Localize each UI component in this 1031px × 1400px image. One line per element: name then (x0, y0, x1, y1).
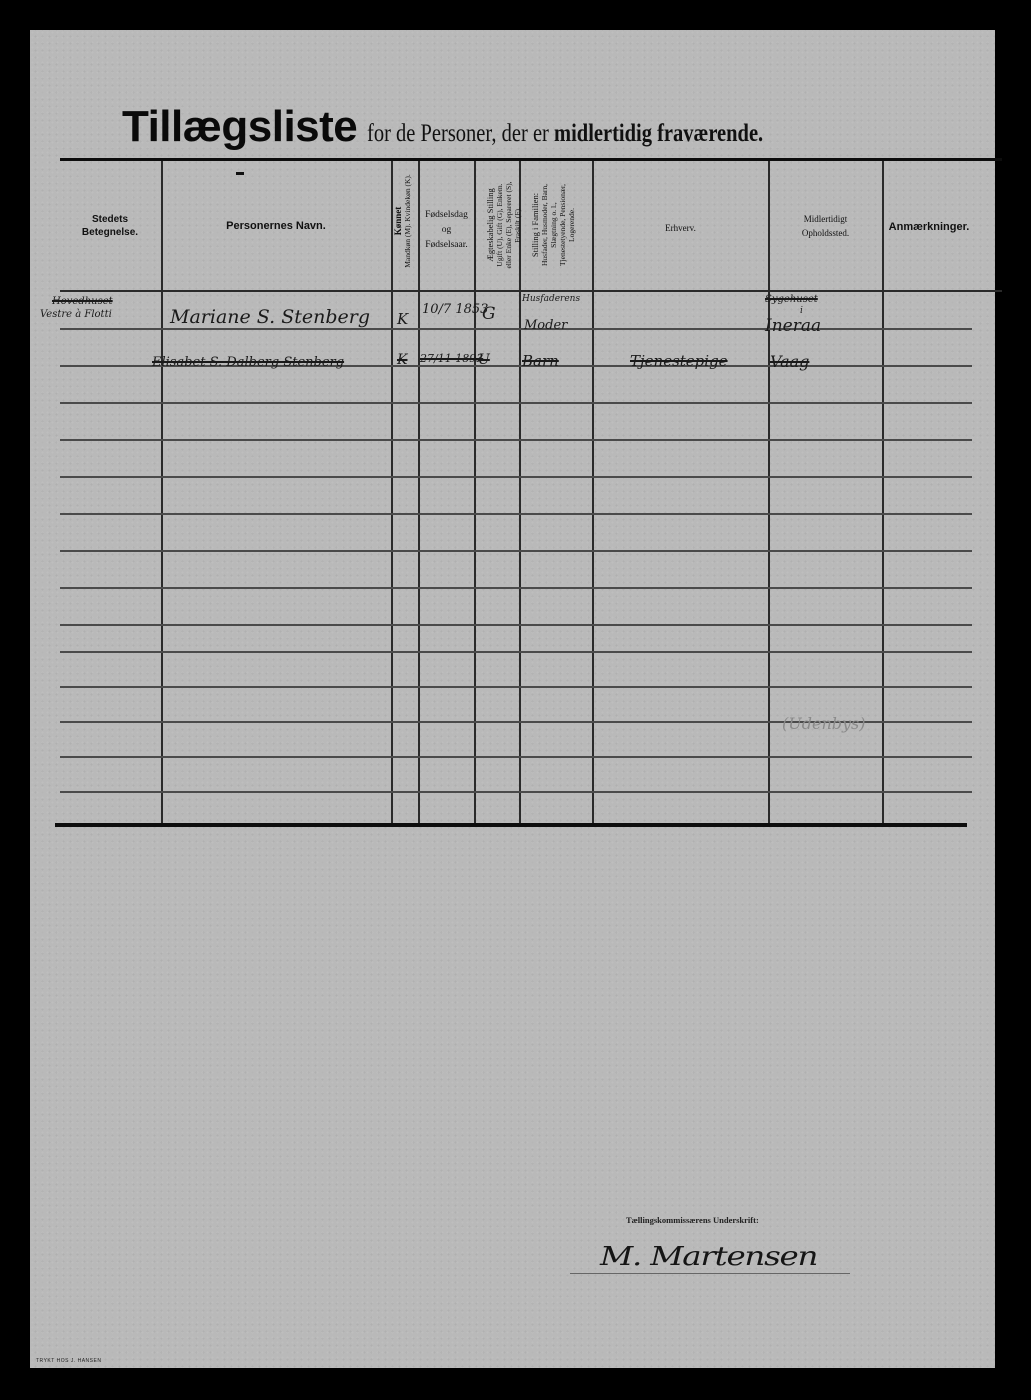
row-line (60, 651, 972, 653)
row2-marital: U (478, 352, 490, 368)
top-rule (60, 158, 1002, 161)
page-title: Tillægslistefor de Personer, der er midl… (122, 102, 850, 152)
row-line (60, 686, 972, 688)
row1-name: Mariane S. Stenberg (170, 306, 370, 328)
row1-stedets-line2: Vestre à Flotti (40, 309, 112, 320)
title-main: Tillægsliste (122, 102, 357, 151)
row1-location-line3: Ineraa (765, 316, 821, 336)
row-line (60, 402, 972, 404)
header-stilling: Stilling i Familien: Husfader, Husmoder,… (531, 166, 581, 284)
row1-location-line1: Sygehuset (765, 294, 818, 305)
row1-stedets-line1: Hovedhuset (52, 296, 113, 307)
signature-label: Tællingskommissærens Underskrift: (626, 1215, 759, 1225)
signature: M. Martensen (600, 1242, 817, 1272)
title-subtitle: for de Personer, der er midlertidig frav… (367, 120, 763, 148)
row-line (60, 328, 972, 330)
printer-mark: TRYKT HOS J. HANSEN (36, 1358, 101, 1364)
col-divider (391, 161, 393, 825)
row-line (60, 756, 972, 758)
row1-position-line2: Moder (524, 318, 567, 333)
col-divider (592, 161, 594, 825)
dash-mark (236, 172, 244, 175)
row1-marital: G (482, 304, 496, 324)
faded-note: (Udenbys) (782, 714, 865, 733)
header-navn: Personernes Navn. (162, 220, 390, 233)
header-aegteskab: Ægteskabelig Stilling Ugift (U), Gift (G… (486, 166, 526, 284)
col-divider (768, 161, 770, 825)
row2-position: Barn (522, 352, 559, 370)
row-line (60, 439, 972, 441)
row2-gender: K (397, 352, 407, 368)
col-divider (418, 161, 420, 825)
row2-birthdate: 27/11 1893 (420, 352, 483, 365)
header-erhverv: Erhverv. (593, 222, 768, 235)
row1-location-line2: i (800, 306, 803, 316)
row-line (60, 587, 972, 589)
header-rule (60, 290, 1002, 292)
row-line (60, 791, 972, 793)
header-anmaerkninger: Anmærkninger. (883, 221, 975, 234)
row1-birthdate: 10/7 1853 (422, 302, 488, 317)
col-divider (882, 161, 884, 825)
row-line (60, 550, 972, 552)
signature-line (570, 1273, 850, 1274)
row1-position-line1: Husfaderens (522, 294, 580, 304)
header-fodselsdag: Fødselsdag og Fødselsaar. (419, 208, 474, 253)
header-stedets: Stedets Betegnelse. (60, 213, 160, 239)
row2-location: Vaag (770, 352, 809, 371)
bottom-rule (55, 823, 967, 827)
row-line (60, 624, 972, 626)
census-sheet: Tillægslistefor de Personer, der er midl… (30, 30, 995, 1368)
row-line (60, 513, 972, 515)
col-divider (474, 161, 476, 825)
row2-name: Elisabet S. Dalberg Stenberg (152, 355, 344, 370)
row2-occupation: Tjenestepige (630, 352, 728, 370)
header-opholdssted: Midlertidigt Opholdssted. (769, 212, 882, 240)
col-divider (161, 161, 163, 825)
row-line (60, 476, 972, 478)
row1-gender: K (397, 310, 408, 328)
header-kjonnet: Kønnet Mandkøn (M). Kvindekøn (K). (394, 171, 416, 271)
